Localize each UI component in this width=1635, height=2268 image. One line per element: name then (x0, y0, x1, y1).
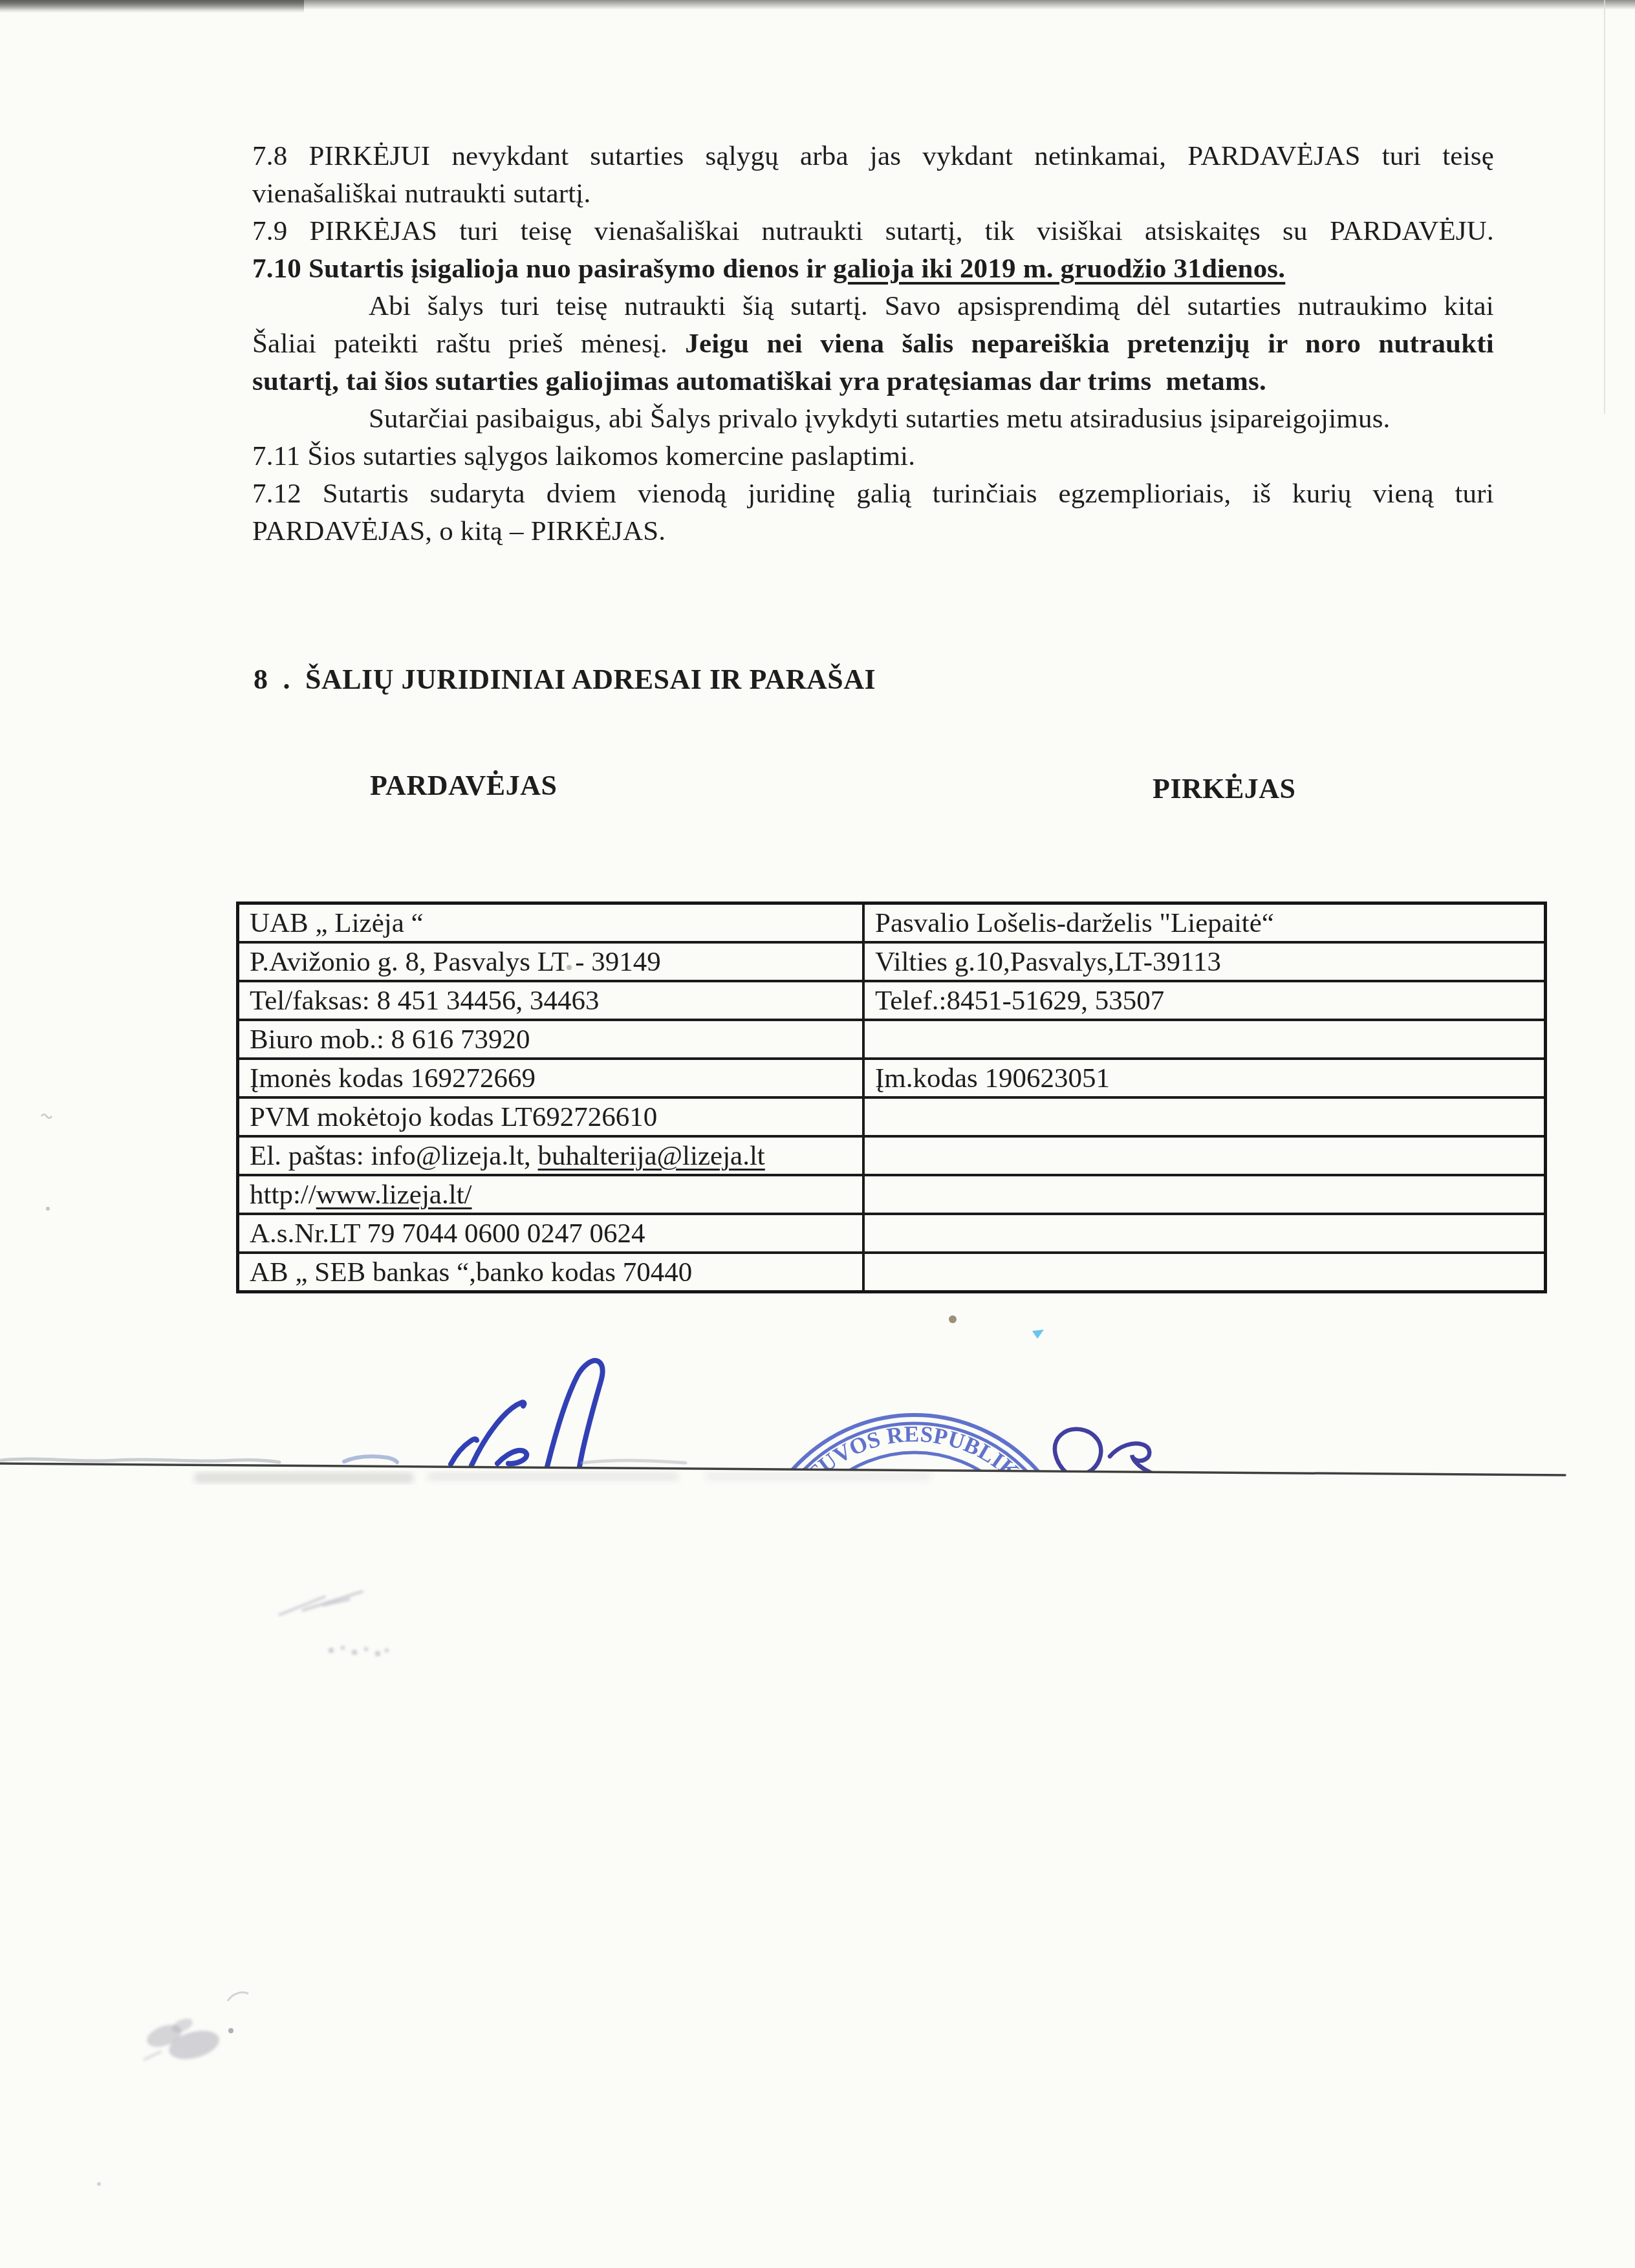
text-run: Įm.kodas 190623051 (875, 1063, 1110, 1094)
text-run: galioja iki 2019 m. gruodžio 31dienos. (833, 254, 1285, 284)
text-run: www.lizeja.lt/ (316, 1180, 472, 1210)
margin-speck-1 (41, 1114, 52, 1118)
scanned-contract-page: 7.8 PIRKĖJUI nevykdant sutarties sąlygų … (0, 0, 1635, 2268)
stamp-outer-ring (751, 1415, 1078, 1742)
table-cell-right (863, 1020, 1546, 1059)
table-cell-left: El. paštas: info@lizeja.lt, buhalterija@… (238, 1136, 864, 1175)
ghost-marks-above-fold (1, 1456, 686, 1463)
table-cell-right: Telef.:8451-51629, 53507 (863, 981, 1546, 1020)
page-edge-line (0, 1463, 1565, 1475)
stamp-arc-text: TUVOS RESPUBLIK (801, 1421, 1025, 1488)
table-cell-left: PVM mokėtojo kodas LT692726610 (238, 1097, 864, 1136)
table-row: http://www.lizeja.lt/ (238, 1175, 1546, 1214)
clause-line-2: vienašališkai nutraukti sutartį. (252, 175, 1494, 213)
seller-label: PARDAVĖJAS (370, 767, 557, 805)
table-row: P.Avižonio g. 8, Pasvalys LT - 39149Vilt… (238, 942, 1546, 981)
page-right-edge-shadow (1604, 0, 1605, 414)
text-run: Vilties g.10,Pasvalys,LT-39113 (875, 947, 1221, 977)
table-cell-right: Pasvalio Lošelis-darželis "Liepaitė“ (863, 903, 1546, 943)
stamp-inner-ring (788, 1453, 1041, 1705)
table-row: Biuro mob.: 8 616 73920 (238, 1020, 1546, 1059)
brown-speck (949, 1315, 957, 1323)
table-cell-left: A.s.Nr.LT 79 7044 0600 0247 0624 (238, 1214, 864, 1253)
table-row: El. paštas: info@lizeja.lt, buhalterija@… (238, 1136, 1546, 1175)
scanner-top-band-left (0, 0, 304, 13)
text-run: Jeigu nei viena šalis nepareiškia preten… (685, 329, 1494, 359)
text-run: P.Avižonio g. 8, Pasvalys LT - 39149 (250, 947, 661, 977)
round-stamp-icon: TUVOS RESPUBLIK (751, 1415, 1078, 1742)
clause-line-10: 7.12 Sutartis sudaryta dviem vienodą jur… (252, 475, 1494, 513)
text-run: PVM mokėtojo kodas LT692726610 (250, 1102, 657, 1132)
text-run: 7.11 Šios sutarties sąlygos laikomos kom… (252, 441, 915, 471)
clause-line-7: sutartį, tai šios sutarties galiojimas a… (252, 363, 1494, 400)
text-run: Abi šalys turi teisę nutraukti šią sutar… (369, 291, 1494, 321)
text-run: 7.10 Sutartis įsigalioja nuo pasirašymo … (252, 254, 833, 284)
table-row: Tel/faksas: 8 451 34456, 34463Telef.:845… (238, 981, 1546, 1020)
pencil-smudge-2 (329, 1646, 389, 1656)
text-run: buhalterija@lizeja.lt (538, 1141, 765, 1171)
table-cell-right (863, 1214, 1546, 1253)
text-run: Pasvalio Lošelis-darželis "Liepaitė“ (875, 908, 1274, 938)
clause-line-11: PARDAVĖJAS, o kitą – PIRKĖJAS. (252, 513, 1494, 550)
buyer-label: PIRKĖJAS (1153, 770, 1296, 808)
table-cell-left: UAB „ Lizėja “ (238, 903, 864, 943)
text-run: Biuro mob.: 8 616 73920 (250, 1024, 530, 1055)
section-heading: 8 . ŠALIŲ JURIDINIAI ADRESAI IR PARAŠAI (254, 661, 876, 698)
clause-line-4: 7.10 Sutartis įsigalioja nuo pasirašymo … (252, 250, 1494, 288)
margin-speck-2 (46, 1207, 50, 1211)
table-cell-right (863, 1175, 1546, 1214)
pencil-curl (228, 1993, 248, 2001)
table-row: UAB „ Lizėja “Pasvalio Lošelis-darželis … (238, 903, 1546, 943)
table-cell-left: Biuro mob.: 8 616 73920 (238, 1020, 864, 1059)
table-cell-left: Tel/faksas: 8 451 34456, 34463 (238, 981, 864, 1020)
table-row: Įmonės kodas 169272669Įm.kodas 190623051 (238, 1059, 1546, 1097)
text-run: Įmonės kodas 169272669 (250, 1063, 536, 1094)
table-cell-left: P.Avižonio g. 8, Pasvalys LT - 39149 (238, 942, 864, 981)
clause-line-8: Sutarčiai pasibaigus, abi Šalys privalo … (369, 400, 1494, 438)
contacts-table: UAB „ Lizėja “Pasvalio Lošelis-darželis … (236, 902, 1547, 1293)
pencil-smudge-3 (144, 2016, 222, 2064)
text-run: http:// (250, 1180, 316, 1210)
text-run: 7.12 Sutartis sudaryta dviem vienodą jur… (252, 479, 1494, 509)
table-cell-right: Vilties g.10,Pasvalys,LT-39113 (863, 942, 1546, 981)
table-cell-left: AB „ SEB bankas “,banko kodas 70440 (238, 1253, 864, 1292)
clause-line-5: Abi šalys turi teisę nutraukti šią sutar… (369, 288, 1494, 325)
text-run: Telef.:8451-51629, 53507 (875, 986, 1164, 1016)
text-run: El. paštas: info@lizeja.lt, (250, 1141, 538, 1171)
text-run: Tel/faksas: 8 451 34456, 34463 (250, 986, 599, 1016)
pencil-dot (228, 2028, 233, 2033)
buyer-signature-flourish (1055, 1429, 1155, 1475)
text-run: Sutarčiai pasibaigus, abi Šalys privalo … (369, 404, 1391, 434)
table-cell-right (863, 1136, 1546, 1175)
text-run: 7.8 PIRKĖJUI nevykdant sutarties sąlygų … (252, 141, 1494, 171)
clause-line-9: 7.11 Šios sutarties sąlygos laikomos kom… (252, 438, 1494, 475)
text-run: AB „ SEB bankas “,banko kodas 70440 (250, 1257, 692, 1288)
text-run: UAB „ Lizėja “ (250, 908, 424, 938)
text-run: vienašališkai nutraukti sutartį. (252, 178, 590, 209)
text-run: PARDAVĖJAS, o kitą – PIRKĖJAS. (252, 516, 666, 546)
ghost-marks-below-fold (194, 1472, 931, 1484)
text-run: sutartį, tai šios sutarties galiojimas a… (252, 366, 1266, 396)
text-run: A.s.Nr.LT 79 7044 0600 0247 0624 (250, 1218, 645, 1249)
text-run: 7.9 PIRKĖJAS turi teisę vienašališkai nu… (252, 216, 1494, 246)
text-run: Šaliai pateikti raštu prieš mėnesį. (252, 329, 685, 359)
table-cell-right: Įm.kodas 190623051 (863, 1059, 1546, 1097)
clause-line-6: Šaliai pateikti raštu prieš mėnesį. Jeig… (252, 325, 1494, 363)
table-cell-left: Įmonės kodas 169272669 (238, 1059, 864, 1097)
clause-line-3: 7.9 PIRKĖJAS turi teisę vienašališkai nu… (252, 213, 1494, 250)
cyan-speck (1032, 1330, 1044, 1339)
clause-line-1: 7.8 PIRKĖJUI nevykdant sutarties sąlygų … (252, 138, 1494, 175)
table-row: AB „ SEB bankas “,banko kodas 70440 (238, 1253, 1546, 1292)
pencil-smudge-1 (279, 1592, 362, 1615)
table-row: PVM mokėtojo kodas LT692726610 (238, 1097, 1546, 1136)
table-cell-right (863, 1253, 1546, 1292)
table-row: A.s.Nr.LT 79 7044 0600 0247 0624 (238, 1214, 1546, 1253)
table-cell-left: http://www.lizeja.lt/ (238, 1175, 864, 1214)
table-cell-right (863, 1097, 1546, 1136)
seller-signature (451, 1361, 603, 1467)
stamp-middle-ring (759, 1423, 1070, 1734)
bottom-speck (97, 2182, 101, 2186)
